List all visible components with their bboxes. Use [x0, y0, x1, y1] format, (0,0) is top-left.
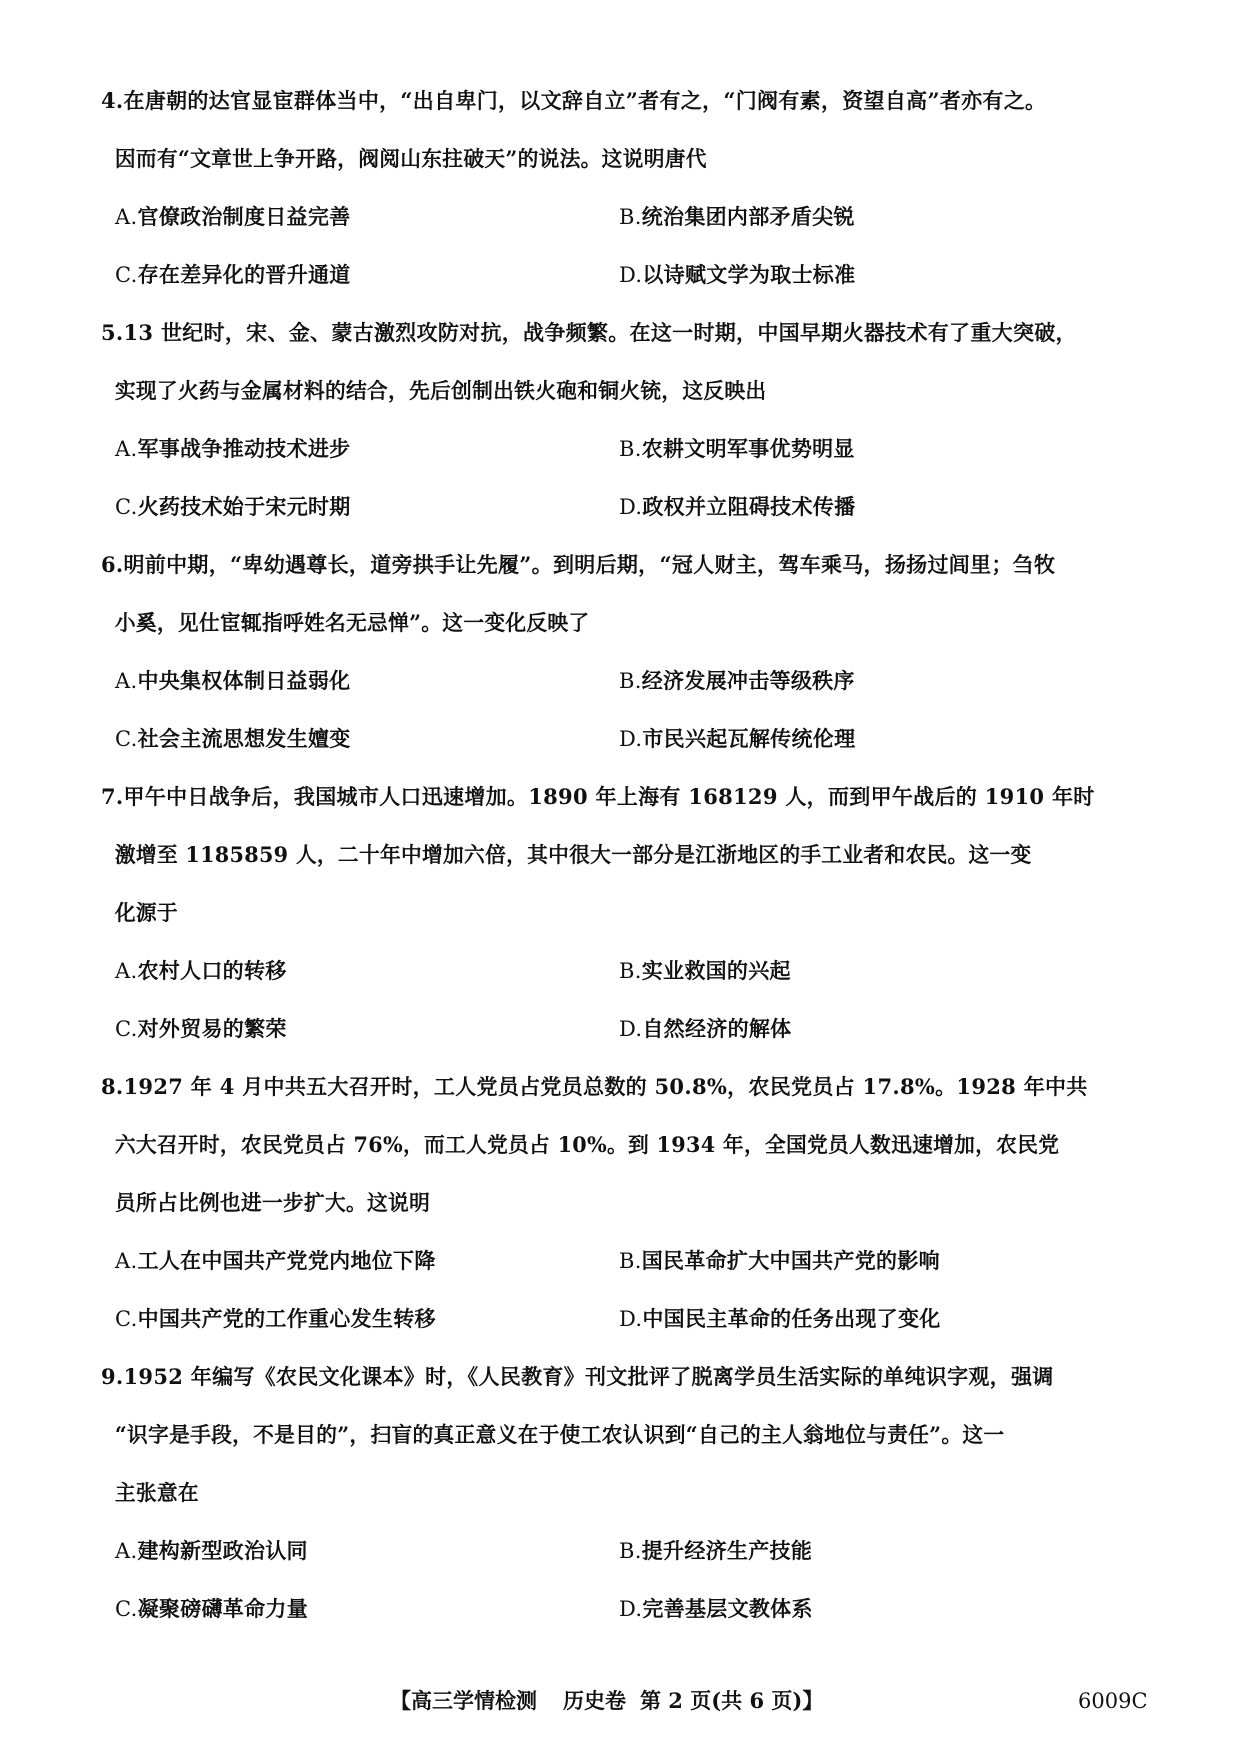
option-letter: A. [115, 1539, 137, 1563]
question-stem-line: 化源于 [101, 900, 1147, 926]
question-stem-line: 4.在唐朝的达官显宦群体当中，“出自卑门，以文辞自立”者有之，“门阀有素，资望自… [101, 88, 1161, 114]
options-row: A.建构新型政治认同 B.提升经济生产技能 [101, 1538, 1161, 1564]
option-letter: D. [619, 495, 642, 519]
option-letter: B. [619, 437, 642, 461]
footer-page-number: 第 2 页(共 6 页)】 [640, 1688, 823, 1713]
exam-page: 4.在唐朝的达官显宦群体当中，“出自卑门，以文辞自立”者有之，“门阀有素，资望自… [0, 0, 1241, 1754]
question-6: 6.明前中期，“卑幼遇尊长，道旁拱手让先履”。到明后期，“冠人财主，驾车乘马，扬… [101, 552, 1161, 752]
option-a: A.军事战争推动技术进步 [115, 436, 350, 462]
option-letter: A. [115, 205, 137, 229]
option-b: B.实业救国的兴起 [619, 958, 791, 984]
page-footer: 【高三学情检测历史卷第 2 页(共 6 页)】 6009C [0, 1686, 1241, 1716]
option-letter: A. [115, 1249, 137, 1273]
option-text: 对外贸易的繁荣 [138, 1016, 287, 1041]
option-c: C.火药技术始于宋元时期 [115, 494, 351, 520]
question-stem-line: 激增至 1185859 人，二十年中增加六倍，其中很大一部分是江浙地区的手工业者… [101, 842, 1147, 868]
option-text: 工人在中国共产党党内地位下降 [137, 1248, 435, 1273]
option-b: B.经济发展冲击等级秩序 [619, 668, 855, 694]
option-c: C.凝聚磅礴革命力量 [115, 1596, 308, 1622]
option-letter: A. [115, 669, 137, 693]
options-row: A.工人在中国共产党党内地位下降 B.国民革命扩大中国共产党的影响 [101, 1248, 1161, 1274]
options-row: C.对外贸易的繁荣 D.自然经济的解体 [101, 1016, 1161, 1042]
option-c: C.中国共产党的工作重心发生转移 [115, 1306, 436, 1332]
option-text: 官僚政治制度日益完善 [137, 204, 350, 229]
option-letter: C. [115, 727, 138, 751]
option-c: C.对外贸易的繁荣 [115, 1016, 287, 1042]
option-d: D.市民兴起瓦解传统伦理 [619, 726, 855, 752]
options-row: A.农村人口的转移 B.实业救国的兴起 [101, 958, 1161, 984]
option-a: A.中央集权体制日益弱化 [115, 668, 350, 694]
question-stem-line: 员所占比例也进一步扩大。这说明 [101, 1190, 1147, 1216]
option-c: C.存在差异化的晋升通道 [115, 262, 351, 288]
option-letter: B. [619, 669, 642, 693]
options-row: A.军事战争推动技术进步 B.农耕文明军事优势明显 [101, 436, 1161, 462]
question-5: 5.13 世纪时，宋、金、蒙古激烈攻防对抗，战争频繁。在这一时期，中国早期火器技… [101, 320, 1161, 520]
option-a: A.官僚政治制度日益完善 [115, 204, 350, 230]
option-letter: B. [619, 1249, 642, 1273]
question-7: 7.甲午中日战争后，我国城市人口迅速增加。1890 年上海有 168129 人，… [101, 784, 1161, 1042]
option-letter: D. [619, 727, 642, 751]
option-letter: A. [115, 437, 137, 461]
option-letter: B. [619, 1539, 642, 1563]
option-text: 完善基层文教体系 [642, 1596, 812, 1621]
option-text: 中国共产党的工作重心发生转移 [138, 1306, 436, 1331]
option-letter: C. [115, 1017, 138, 1041]
question-9: 9.1952 年编写《农民文化课本》时，《人民教育》刊文批评了脱离学员生活实际的… [101, 1364, 1161, 1622]
option-text: 中央集权体制日益弱化 [137, 668, 350, 693]
option-text: 中国民主革命的任务出现了变化 [642, 1306, 940, 1331]
question-stem-line: 7.甲午中日战争后，我国城市人口迅速增加。1890 年上海有 168129 人，… [101, 784, 1161, 810]
question-stem-line: 实现了火药与金属材料的结合，先后创制出铁火砲和铜火铳，这反映出 [101, 378, 1147, 404]
option-letter: C. [115, 1307, 138, 1331]
option-text: 经济发展冲击等级秩序 [642, 668, 855, 693]
option-b: B.提升经济生产技能 [619, 1538, 812, 1564]
option-text: 农村人口的转移 [137, 958, 286, 983]
option-letter: D. [619, 1017, 642, 1041]
option-b: B.国民革命扩大中国共产党的影响 [619, 1248, 940, 1274]
question-stem-line: 主张意在 [101, 1480, 1147, 1506]
option-b: B.农耕文明军事优势明显 [619, 436, 855, 462]
option-a: A.工人在中国共产党党内地位下降 [115, 1248, 436, 1274]
option-letter: D. [619, 263, 642, 287]
option-text: 自然经济的解体 [642, 1016, 791, 1041]
option-text: 凝聚磅礴革命力量 [138, 1596, 308, 1621]
option-letter: B. [619, 205, 642, 229]
option-text: 国民革命扩大中国共产党的影响 [642, 1248, 940, 1273]
options-row: C.火药技术始于宋元时期 D.政权并立阻碍技术传播 [101, 494, 1161, 520]
footer-exam-code: 6009C [1078, 1686, 1148, 1716]
option-letter: C. [115, 263, 138, 287]
option-letter: C. [115, 1597, 138, 1621]
option-d: D.完善基层文教体系 [619, 1596, 813, 1622]
question-stem-line: 6.明前中期，“卑幼遇尊长，道旁拱手让先履”。到明后期，“冠人财主，驾车乘马，扬… [101, 552, 1161, 578]
options-row: C.社会主流思想发生嬗变 D.市民兴起瓦解传统伦理 [101, 726, 1161, 752]
option-letter: D. [619, 1597, 642, 1621]
option-text: 火药技术始于宋元时期 [138, 494, 351, 519]
question-stem-line: “识字是手段，不是目的”，扫盲的真正意义在于使工农认识到“自己的主人翁地位与责任… [101, 1422, 1147, 1448]
option-a: A.建构新型政治认同 [115, 1538, 308, 1564]
question-stem-line: 小奚，见仕宦辄指呼姓名无忌惮”。这一变化反映了 [101, 610, 1147, 636]
question-stem-line: 8.1927 年 4 月中共五大召开时，工人党员占党员总数的 50.8%，农民党… [101, 1074, 1161, 1100]
question-stem-line: 因而有“文章世上争开路，阀阅山东拄破天”的说法。这说明唐代 [101, 146, 1147, 172]
option-text: 建构新型政治认同 [137, 1538, 307, 1563]
option-text: 存在差异化的晋升通道 [138, 262, 351, 287]
option-letter: C. [115, 495, 138, 519]
option-text: 提升经济生产技能 [642, 1538, 812, 1563]
option-d: D.自然经济的解体 [619, 1016, 791, 1042]
footer-title: 【高三学情检测历史卷第 2 页(共 6 页)】 [390, 1686, 823, 1716]
question-4: 4.在唐朝的达官显宦群体当中，“出自卑门，以文辞自立”者有之，“门阀有素，资望自… [101, 88, 1161, 288]
option-text: 实业救国的兴起 [642, 958, 791, 983]
question-8: 8.1927 年 4 月中共五大召开时，工人党员占党员总数的 50.8%，农民党… [101, 1074, 1161, 1332]
option-text: 社会主流思想发生嬗变 [138, 726, 351, 751]
question-stem-line: 六大召开时，农民党员占 76%，而工人党员占 10%。到 1934 年，全国党员… [101, 1132, 1147, 1158]
question-stem-line: 9.1952 年编写《农民文化课本》时，《人民教育》刊文批评了脱离学员生活实际的… [101, 1364, 1161, 1390]
options-row: C.存在差异化的晋升通道 D.以诗赋文学为取士标准 [101, 262, 1161, 288]
option-text: 军事战争推动技术进步 [137, 436, 350, 461]
options-row: C.中国共产党的工作重心发生转移 D.中国民主革命的任务出现了变化 [101, 1306, 1161, 1332]
option-d: D.政权并立阻碍技术传播 [619, 494, 855, 520]
option-d: D.中国民主革命的任务出现了变化 [619, 1306, 941, 1332]
option-letter: D. [619, 1307, 642, 1331]
option-b: B.统治集团内部矛盾尖锐 [619, 204, 855, 230]
option-a: A.农村人口的转移 [115, 958, 287, 984]
option-text: 农耕文明军事优势明显 [642, 436, 855, 461]
footer-subject: 历史卷 [563, 1688, 626, 1713]
option-text: 统治集团内部矛盾尖锐 [642, 204, 855, 229]
options-row: A.中央集权体制日益弱化 B.经济发展冲击等级秩序 [101, 668, 1161, 694]
option-text: 以诗赋文学为取士标准 [642, 262, 855, 287]
question-stem-line: 5.13 世纪时，宋、金、蒙古激烈攻防对抗，战争频繁。在这一时期，中国早期火器技… [101, 320, 1161, 346]
option-letter: B. [619, 959, 642, 983]
option-text: 政权并立阻碍技术传播 [642, 494, 855, 519]
options-row: A.官僚政治制度日益完善 B.统治集团内部矛盾尖锐 [101, 204, 1161, 230]
footer-exam-name: 【高三学情检测 [390, 1688, 537, 1713]
option-letter: A. [115, 959, 137, 983]
option-text: 市民兴起瓦解传统伦理 [642, 726, 855, 751]
options-row: C.凝聚磅礴革命力量 D.完善基层文教体系 [101, 1596, 1161, 1622]
option-c: C.社会主流思想发生嬗变 [115, 726, 351, 752]
option-d: D.以诗赋文学为取士标准 [619, 262, 855, 288]
